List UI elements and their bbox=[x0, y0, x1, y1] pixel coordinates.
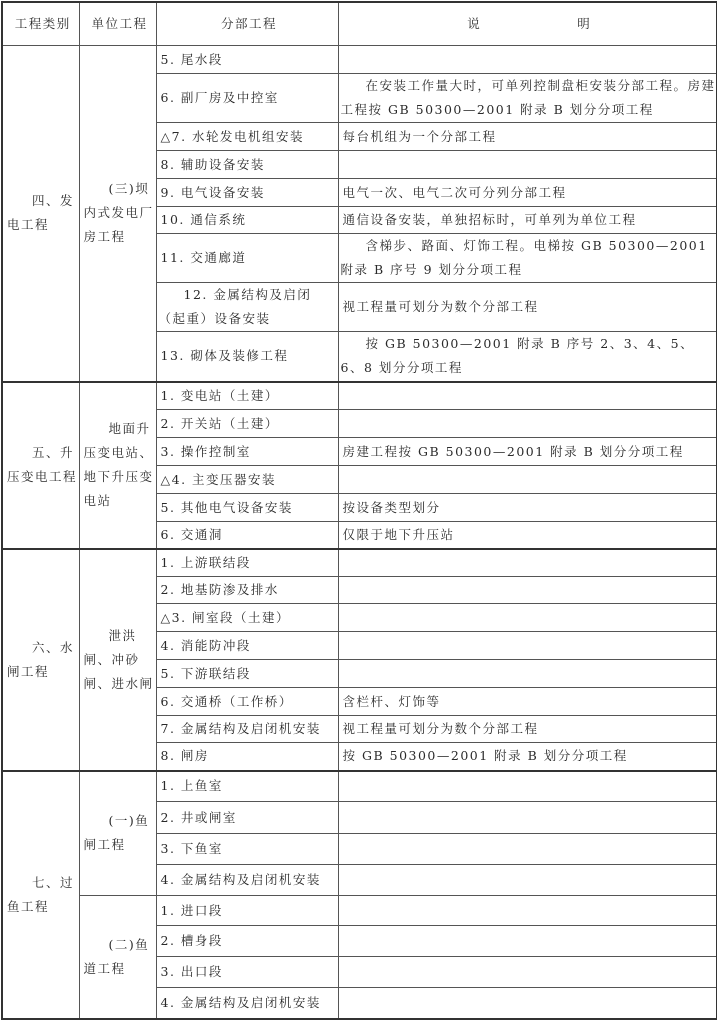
part-cell: 5. 尾水段 bbox=[156, 46, 338, 74]
note-cell: 按设备类型划分 bbox=[338, 494, 717, 522]
note-cell bbox=[338, 151, 717, 179]
category-cell: 四、发电工程 bbox=[2, 46, 79, 382]
header-note: 说明 bbox=[338, 2, 717, 46]
category-cell: 六、水闸工程 bbox=[2, 549, 79, 771]
unit-cell: (三)坝内式发电厂房工程 bbox=[79, 46, 156, 382]
table-row: 六、水闸工程 泄洪闸、冲砂闸、进水闸 1. 上游联结段 bbox=[2, 549, 717, 577]
note-cell bbox=[338, 466, 717, 494]
part-cell: 1. 上鱼室 bbox=[156, 771, 338, 802]
category-cell: 七、过鱼工程 bbox=[2, 771, 79, 1018]
part-cell: 1. 变电站（土建） bbox=[156, 382, 338, 410]
note-cell bbox=[338, 771, 717, 802]
part-cell: 4. 金属结构及启闭机安装 bbox=[156, 865, 338, 896]
note-cell bbox=[338, 604, 717, 632]
part-cell: 6. 副厂房及中控室 bbox=[156, 74, 338, 123]
note-cell: 含梯步、路面、灯饰工程。电梯按 GB 50300—2001 附录 B 序号 9 … bbox=[338, 234, 717, 283]
part-cell: 2. 地基防渗及排水 bbox=[156, 577, 338, 604]
note-cell: 电气一次、电气二次可分列分部工程 bbox=[338, 179, 717, 207]
unit-cell: 泄洪闸、冲砂闸、进水闸 bbox=[79, 549, 156, 771]
note-cell: 房建工程按 GB 50300—2001 附录 B 划分分项工程 bbox=[338, 438, 717, 466]
part-cell: 4. 金属结构及启闭机安装 bbox=[156, 988, 338, 1018]
unit-cell: 地面升压变电站、地下升压变电站 bbox=[79, 382, 156, 549]
note-cell: 按 GB 50300—2001 附录 B 序号 2、3、4、5、6、8 划分分项… bbox=[338, 332, 717, 382]
part-cell: 13. 砌体及装修工程 bbox=[156, 332, 338, 382]
unit-cell: (一)鱼闸工程 bbox=[79, 771, 156, 896]
unit-cell: (二)鱼道工程 bbox=[79, 896, 156, 1018]
part-cell: 12. 金属结构及启闭（起重）设备安装 bbox=[156, 283, 338, 332]
note-cell: 视工程量可划分为数个分部工程 bbox=[338, 283, 717, 332]
note-cell: 每台机组为一个分部工程 bbox=[338, 123, 717, 151]
table-row: 五、升压变电工程 地面升压变电站、地下升压变电站 1. 变电站（土建） bbox=[2, 382, 717, 410]
note-cell bbox=[338, 802, 717, 834]
note-cell bbox=[338, 549, 717, 577]
part-cell: 1. 上游联结段 bbox=[156, 549, 338, 577]
note-cell bbox=[338, 632, 717, 660]
note-cell bbox=[338, 926, 717, 957]
engineering-division-table: 工程类别 单位工程 分部工程 说明 四、发电工程 (三)坝内式发电厂房工程 5.… bbox=[1, 1, 717, 1017]
part-cell: 6. 交通桥（工作桥） bbox=[156, 688, 338, 716]
part-cell: 3. 操作控制室 bbox=[156, 438, 338, 466]
table-row: 七、过鱼工程 (一)鱼闸工程 1. 上鱼室 bbox=[2, 771, 717, 802]
note-cell: 含栏杆、灯饰等 bbox=[338, 688, 717, 716]
header-category: 工程类别 bbox=[2, 2, 79, 46]
part-cell: 5. 下游联结段 bbox=[156, 660, 338, 688]
note-cell: 通信设备安装，单独招标时，可单列为单位工程 bbox=[338, 207, 717, 234]
part-cell: 2. 槽身段 bbox=[156, 926, 338, 957]
note-cell bbox=[338, 988, 717, 1018]
part-cell: 9. 电气设备安装 bbox=[156, 179, 338, 207]
table-header-row: 工程类别 单位工程 分部工程 说明 bbox=[2, 2, 717, 46]
note-cell bbox=[338, 834, 717, 865]
note-cell bbox=[338, 410, 717, 438]
part-cell: 2. 井或闸室 bbox=[156, 802, 338, 834]
header-part: 分部工程 bbox=[156, 2, 338, 46]
note-cell: 在安装工作量大时，可单列控制盘柜安装分部工程。房建工程按 GB 50300—20… bbox=[338, 74, 717, 123]
part-cell: 8. 闸房 bbox=[156, 743, 338, 771]
part-cell: 8. 辅助设备安装 bbox=[156, 151, 338, 179]
table-row: (二)鱼道工程 1. 进口段 bbox=[2, 896, 717, 926]
part-cell: 10. 通信系统 bbox=[156, 207, 338, 234]
part-cell: 11. 交通廊道 bbox=[156, 234, 338, 283]
note-cell bbox=[338, 660, 717, 688]
part-cell: 5. 其他电气设备安装 bbox=[156, 494, 338, 522]
table-row: 四、发电工程 (三)坝内式发电厂房工程 5. 尾水段 bbox=[2, 46, 717, 74]
part-cell: 6. 交通洞 bbox=[156, 522, 338, 549]
part-cell: 7. 金属结构及启闭机安装 bbox=[156, 716, 338, 743]
part-cell: △7. 水轮发电机组安装 bbox=[156, 123, 338, 151]
part-cell: 4. 消能防冲段 bbox=[156, 632, 338, 660]
note-cell bbox=[338, 957, 717, 988]
note-cell: 视工程量可划分为数个分部工程 bbox=[338, 716, 717, 743]
category-cell: 五、升压变电工程 bbox=[2, 382, 79, 549]
part-cell: 1. 进口段 bbox=[156, 896, 338, 926]
part-cell: 3. 下鱼室 bbox=[156, 834, 338, 865]
note-cell bbox=[338, 577, 717, 604]
note-cell: 按 GB 50300—2001 附录 B 划分分项工程 bbox=[338, 743, 717, 771]
header-unit: 单位工程 bbox=[79, 2, 156, 46]
note-cell bbox=[338, 865, 717, 896]
note-cell bbox=[338, 896, 717, 926]
part-cell: 2. 开关站（土建） bbox=[156, 410, 338, 438]
note-cell bbox=[338, 46, 717, 74]
note-cell: 仅限于地下升压站 bbox=[338, 522, 717, 549]
part-cell: △3. 闸室段（土建） bbox=[156, 604, 338, 632]
part-cell: △4. 主变压器安装 bbox=[156, 466, 338, 494]
part-cell: 3. 出口段 bbox=[156, 957, 338, 988]
note-cell bbox=[338, 382, 717, 410]
